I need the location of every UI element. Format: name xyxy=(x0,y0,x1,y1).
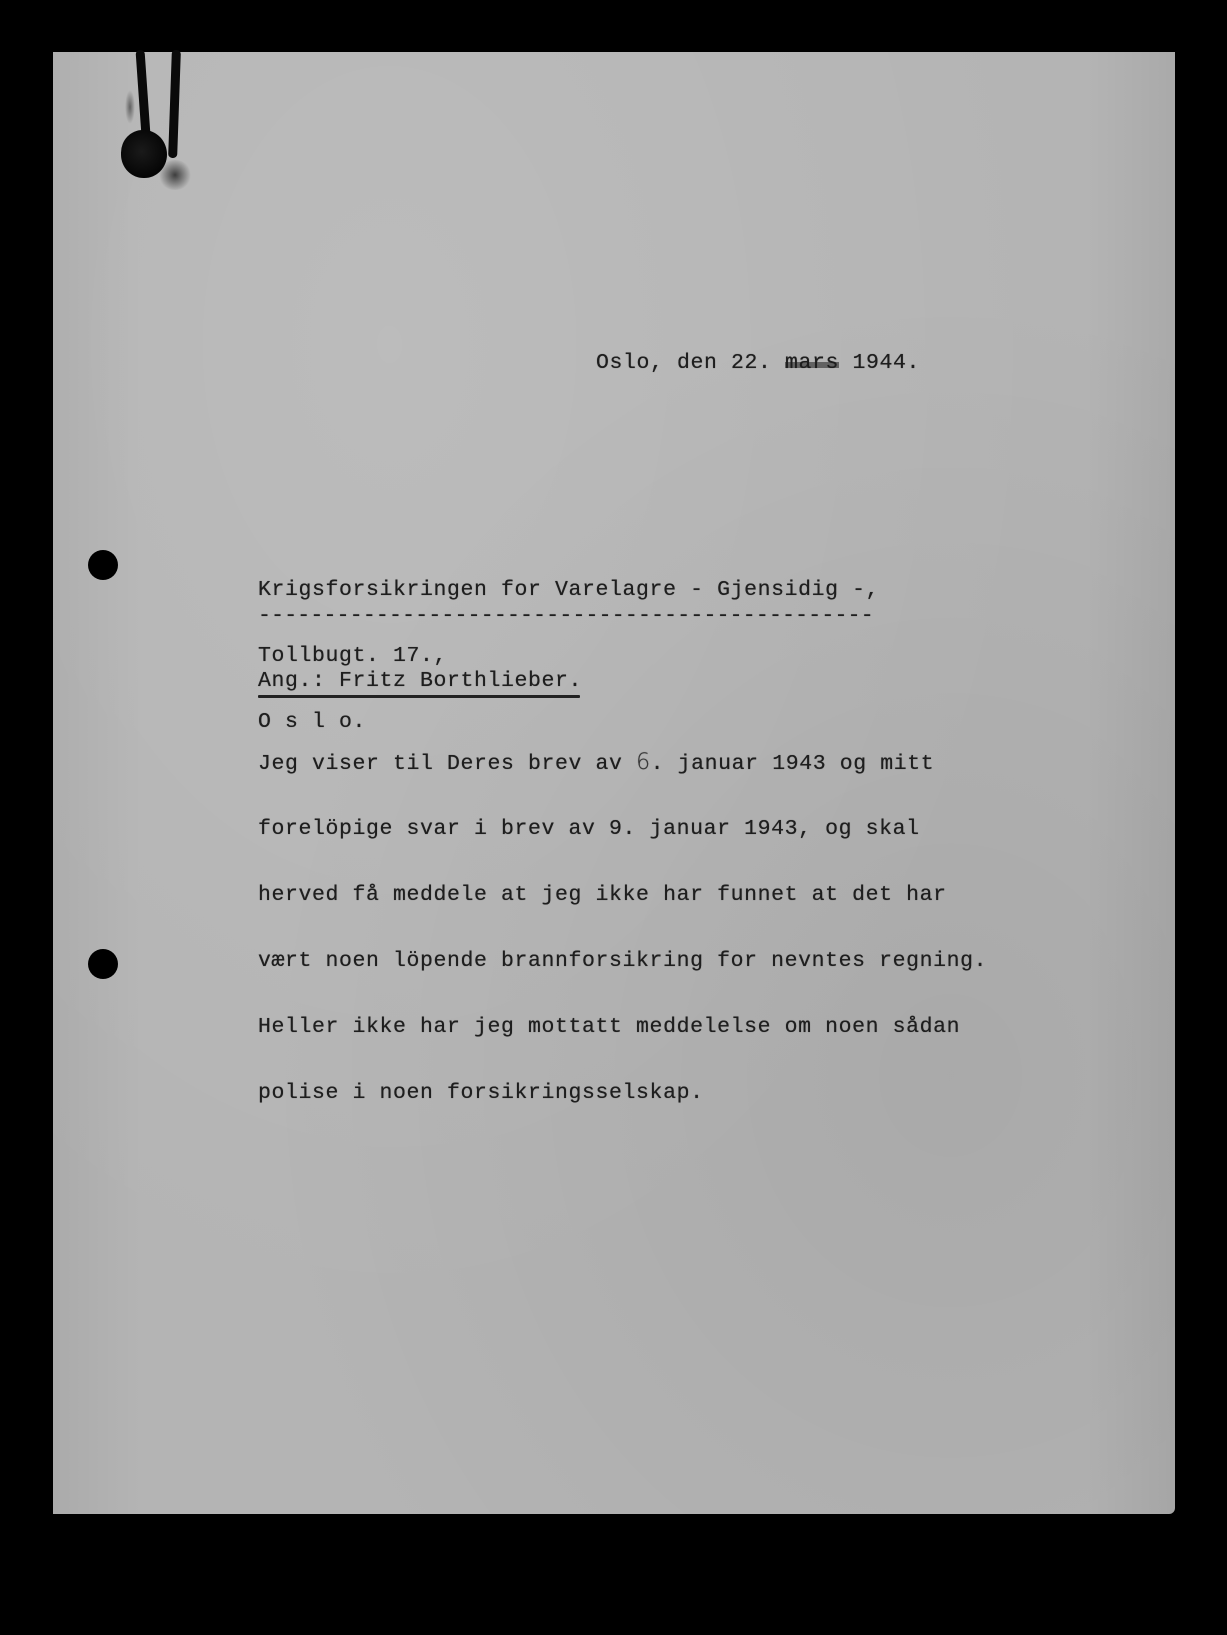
punch-hole xyxy=(88,550,118,580)
body-line: Jeg viser til Deres brev av 6. januar 19… xyxy=(258,752,987,774)
separator-line: ----------------------------------------… xyxy=(258,605,874,627)
ink-smudge xyxy=(125,90,135,124)
letter-body: Jeg viser til Deres brev av 6. januar 19… xyxy=(258,708,987,1148)
binding-string xyxy=(168,50,181,158)
date-line: Oslo, den 22. mars 1944. xyxy=(596,352,920,374)
body-line: vært noen löpende brannforsikring for ne… xyxy=(258,950,987,972)
date-suffix: 1944. xyxy=(839,351,920,375)
subject-underline xyxy=(258,695,580,698)
document-page: Oslo, den 22. mars 1944. Krigsforsikring… xyxy=(53,52,1175,1514)
punch-hole xyxy=(88,949,118,979)
body-line: forelöpige svar i brev av 9. januar 1943… xyxy=(258,818,987,840)
date-month-struck: mars xyxy=(785,352,839,374)
body-text-segment: . januar 1943 og mitt xyxy=(651,752,935,776)
date-prefix: Oslo, den 22. xyxy=(596,351,785,375)
body-text-segment: Jeg viser til Deres brev av xyxy=(258,752,636,776)
body-line: polise i noen forsikringsselskap. xyxy=(258,1082,987,1104)
recipient-street: Tollbugt. 17., xyxy=(258,645,879,667)
handwritten-digit: 6 xyxy=(636,750,651,775)
body-line: herved få meddele at jeg ikke har funnet… xyxy=(258,884,987,906)
recipient-name: Krigsforsikringen for Varelagre - Gjensi… xyxy=(258,579,879,601)
seal-smudge xyxy=(158,160,192,190)
subject-line: Ang.: Fritz Borthlieber. xyxy=(258,670,582,692)
body-line: Heller ikke har jeg mottatt meddelelse o… xyxy=(258,1016,987,1038)
